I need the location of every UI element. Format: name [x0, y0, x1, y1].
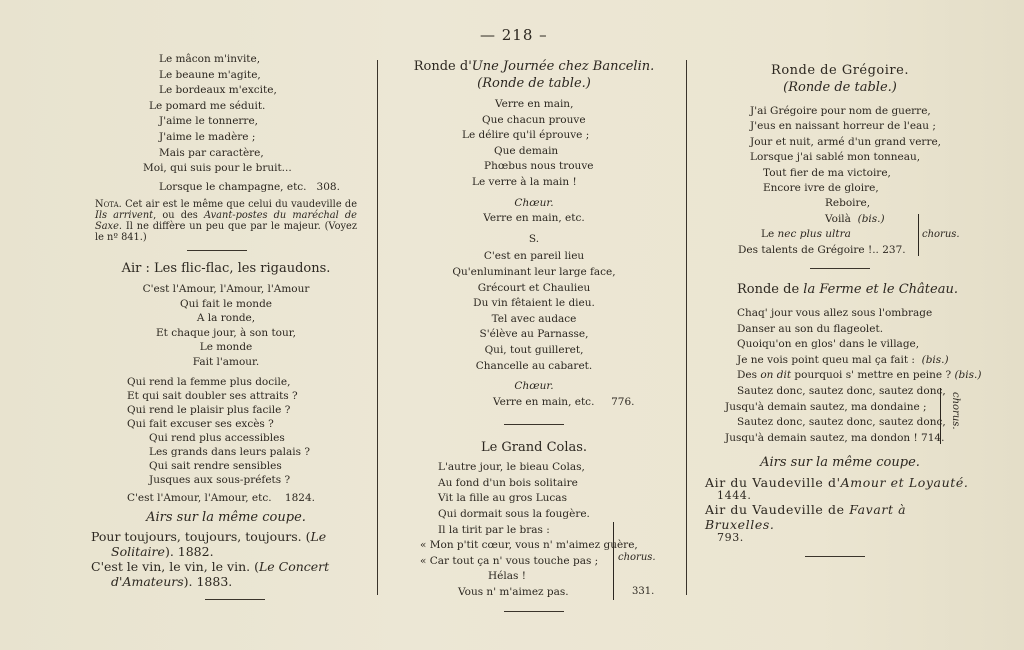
air-text: C'est le vin, le vin, le vin. (: [91, 559, 259, 574]
verse-line: L'autre jour, le bieau Colas,: [438, 460, 668, 476]
chorus-label: chorus.: [947, 392, 963, 430]
verse-line: Lorsque j'ai sablé mon tonneau,: [750, 150, 975, 165]
verse-italic: nec plus ultra: [778, 228, 851, 240]
column-rule: [377, 60, 378, 595]
book-page: — 218 – Le mâcon m'invite, Le beaune m'a…: [0, 0, 1024, 650]
air-text: Air du Vaudeville de: [705, 502, 849, 517]
verse-line: J'aime le tonnerre,: [143, 114, 365, 130]
air-entry: Air du Vaudeville de Favart à Bruxelles.: [705, 502, 975, 532]
verse-line: Il la tirit par le bras :: [438, 523, 668, 539]
verse-line: Qui rend la femme plus docile,: [127, 375, 365, 389]
verse-line: Le monde: [95, 340, 357, 355]
chorus-label: chorus.: [922, 227, 960, 242]
verse-line: Le mâcon m'invite,: [143, 52, 365, 68]
air-list: Air du Vaudeville d'Amour et Loyauté. 14…: [705, 475, 975, 544]
air-title: Air : Les flic-flac, les rigaudons.: [95, 260, 357, 277]
verse-line: Verre en main,: [462, 97, 668, 113]
verse-line: Le pomard me séduit.: [143, 99, 365, 115]
air-entry: Air du Vaudeville d'Amour et Loyauté.: [705, 475, 975, 490]
verse-line: Qui fait excuser ses excès ?: [127, 417, 365, 431]
verse-line: Qu'enluminant leur large face,: [400, 265, 668, 281]
air-number: 1444.: [705, 490, 975, 502]
refrain-text: Lorsque le champagne, etc.: [159, 181, 307, 193]
verse-line: Les grands dans leurs palais ?: [127, 445, 365, 459]
song-title: Ronde de la Ferme et le Château.: [705, 281, 975, 298]
song-title: Le Grand Colas.: [400, 439, 668, 456]
verse-text: Des: [737, 369, 760, 381]
nota-title: Ils arrivent: [95, 210, 153, 221]
right-column: Ronde de Grégoire. (Ronde de table.) J'a…: [705, 62, 975, 557]
verse-line: Qui rend plus accessibles: [127, 431, 365, 445]
verse-line: Qui fait le monde: [95, 297, 357, 312]
verse-line: Fait l'amour.: [95, 355, 357, 370]
bis-mark: (bis.): [922, 354, 949, 366]
song-title: Ronde de Grégoire.: [705, 62, 975, 79]
verse-line: A la ronde,: [95, 311, 357, 326]
airs-heading: Airs sur la même coupe.: [705, 454, 975, 471]
verse-line: Le beaune m'agite,: [143, 68, 365, 84]
refrain-text: C'est l'Amour, l'Amour, etc.: [127, 492, 272, 504]
verse-line: Voilà (bis.): [750, 212, 975, 227]
verse-line: Et chaque jour, à son tour,: [95, 326, 357, 341]
verse-line: Au fond d'un bois solitaire: [438, 476, 668, 492]
chorus-brace: [940, 388, 941, 444]
song-subtitle: (Ronde de table.): [400, 75, 668, 92]
section-marker: S.: [400, 232, 668, 248]
verse-line: J'eus en naissant horreur de l'eau ;: [750, 119, 975, 134]
refrain-line: C'est l'Amour, l'Amour, etc. 1824.: [127, 491, 365, 505]
ferme-chorus: Sautez donc, sautez donc, sautez donc, J…: [705, 384, 975, 446]
choeur-line: Verre en main, etc. 776.: [400, 395, 668, 411]
verse-line: Qui sait rendre sensibles: [127, 459, 365, 473]
verse-line: J'ai Grégoire pour nom de guerre,: [750, 104, 975, 119]
refrain-line: Lorsque le champagne, etc. 308.: [143, 180, 365, 196]
verse-line: Et qui sait doubler ses attraits ?: [127, 389, 365, 403]
verse-italic: on dit: [760, 369, 791, 381]
divider: [504, 611, 564, 612]
air-text: Pour toujours, toujours, toujours. (: [91, 529, 310, 544]
verse-top: Le mâcon m'invite, Le beaune m'agite, Le…: [95, 52, 365, 195]
page-number: — 218 –: [480, 26, 548, 44]
choeur-text: Verre en main, etc.: [493, 396, 594, 408]
column-rule: [686, 60, 687, 595]
verse-line: Du vin fêtaient le dieu.: [400, 296, 668, 312]
verse-line: Quoiqu'on en glos' dans le village,: [737, 337, 975, 353]
stanza-2: C'est en pareil lieu Qu'enluminant leur …: [400, 249, 668, 374]
verse-line: Moi, qui suis pour le bruit...: [143, 161, 365, 177]
divider: [504, 424, 564, 425]
verse-text: Je ne vois point queu mal ça fait :: [737, 354, 915, 366]
song-number: 1824.: [285, 492, 315, 504]
verse-line: S'élève au Parnasse,: [400, 327, 668, 343]
verse-line: Tel avec audace: [400, 312, 668, 328]
verse-line: Phœbus nous trouve: [462, 159, 668, 175]
stanza-1: Verre en main, Que chacun prouve Le déli…: [400, 97, 668, 191]
verse-line: Jusqu'à demain sautez, ma dondaine ;: [725, 400, 975, 416]
choeur-label: Chœur.: [400, 196, 668, 212]
air-entry: C'est le vin, le vin, le vin. (Le Concer…: [91, 559, 357, 589]
divider: [187, 250, 247, 251]
song-subtitle: (Ronde de table.): [705, 79, 975, 96]
verse-text: pourquoi s' mettre en peine ?: [791, 369, 951, 381]
song-number: 308.: [317, 181, 340, 193]
title-italic: la Ferme et le Château.: [803, 282, 958, 297]
verse-line: Que demain: [462, 144, 668, 160]
verse-line: Jusques aux sous-préfets ?: [127, 473, 365, 487]
verse-line: Je ne vois point queu mal ça fait : (bis…: [737, 353, 975, 369]
verse-line: Vous n' m'aimez pas.: [420, 585, 668, 601]
stanza-1: C'est l'Amour, l'Amour, l'Amour Qui fait…: [95, 282, 357, 369]
verse-line: Hélas !: [420, 569, 668, 585]
verse-line: Reboire,: [750, 196, 975, 211]
verse-line: Le verre à la main !: [462, 175, 668, 191]
verse-line: Chancelle au cabaret.: [400, 359, 668, 375]
song-number: 331.: [632, 584, 654, 600]
divider: [805, 556, 865, 557]
nota-text: . Il ne diffère un peu que par le majeur…: [95, 221, 357, 243]
verse-line: C'est en pareil lieu: [400, 249, 668, 265]
nota-text: Cet air est le même que celui du vaudevi…: [122, 199, 357, 210]
verse-text: Le: [761, 228, 778, 240]
ferme-stanza: Chaq' jour vous allez sous l'ombrage Dan…: [705, 306, 975, 384]
air-source: Amour et Loyauté.: [841, 475, 969, 490]
title-italic: Une Journée chez Bancelin.: [472, 59, 654, 74]
verse-line: Des talents de Grégoire !.. 237.: [738, 243, 975, 258]
verse-line: C'est l'Amour, l'Amour, l'Amour: [95, 282, 357, 297]
stanza-2: Qui rend la femme plus docile, Et qui sa…: [95, 375, 365, 505]
verse-line: Qui rend le plaisir plus facile ?: [127, 403, 365, 417]
bis-mark: (bis.): [858, 213, 885, 225]
verse-line: Vit la fille au gros Lucas: [438, 491, 668, 507]
verse-line: Grécourt et Chaulieu: [400, 281, 668, 297]
title-prefix: Ronde de: [737, 282, 803, 297]
chorus-label: chorus.: [618, 550, 656, 566]
verse-line: Sautez donc, sautez donc, sautez donc,: [725, 415, 975, 431]
verse-line: Le délire qu'il éprouve ;: [462, 128, 668, 144]
chorus-brace: [613, 522, 614, 600]
air-number: 793.: [705, 532, 975, 544]
verse-line: Sautez donc, sautez donc, sautez donc,: [725, 384, 975, 400]
chorus-block: Voilà (bis.) Le nec plus ultra Des talen…: [750, 212, 975, 258]
air-entry: Pour toujours, toujours, toujours. (Le S…: [91, 529, 357, 559]
nota-text: , ou des: [153, 210, 204, 221]
middle-column: Ronde d'Une Journée chez Bancelin. (Rond…: [400, 58, 668, 612]
divider: [205, 599, 265, 600]
gregoire-stanza: J'ai Grégoire pour nom de guerre, J'eus …: [705, 104, 975, 258]
bis-mark: (bis.): [954, 369, 981, 381]
airs-heading: Airs sur la même coupe.: [95, 509, 357, 526]
verse-line: Encore ivre de gloire,: [750, 181, 975, 196]
verse-line: Tout fier de ma victoire,: [750, 166, 975, 181]
verse-line: Des on dit pourquoi s' mettre en peine ?…: [737, 368, 975, 384]
verse-line: Qui, tout guilleret,: [400, 343, 668, 359]
air-number: ). 1883.: [184, 574, 233, 589]
title-prefix: Ronde d': [414, 59, 472, 74]
left-column: Le mâcon m'invite, Le beaune m'agite, Le…: [95, 52, 365, 600]
verse-line: Chaq' jour vous allez sous l'ombrage: [737, 306, 975, 322]
song-number: 776.: [611, 396, 634, 408]
choeur-label: Chœur.: [400, 379, 668, 395]
colas-stanza: L'autre jour, le bieau Colas, Au fond d'…: [400, 460, 668, 538]
air-list: Pour toujours, toujours, toujours. (Le S…: [95, 529, 357, 589]
verse-line: Le bordeaux m'excite,: [143, 83, 365, 99]
choeur-line: Verre en main, etc.: [400, 211, 668, 227]
nota-label: Nota.: [95, 199, 122, 210]
verse-line: Mais par caractère,: [143, 146, 365, 162]
verse-line: Que chacun prouve: [462, 113, 668, 129]
chorus-brace: [918, 214, 919, 256]
air-number: ). 1882.: [165, 544, 214, 559]
verse-line: J'aime le madère ;: [143, 130, 365, 146]
verse-line: Danser au son du flageolet.: [737, 322, 975, 338]
air-text: Air du Vaudeville d': [705, 475, 841, 490]
verse-line: Qui dormait sous la fougère.: [438, 507, 668, 523]
divider: [810, 268, 870, 269]
colas-chorus: « Mon p'tit cœur, vous n' m'aimez guère,…: [400, 538, 668, 600]
verse-text: Voilà: [825, 213, 851, 225]
song-title: Ronde d'Une Journée chez Bancelin.: [400, 58, 668, 75]
verse-line: Jour et nuit, armé d'un grand verre,: [750, 135, 975, 150]
nota: Nota. Cet air est le même que celui du v…: [95, 199, 357, 243]
verse-line: Jusqu'à demain sautez, ma dondon ! 714.: [725, 431, 975, 447]
